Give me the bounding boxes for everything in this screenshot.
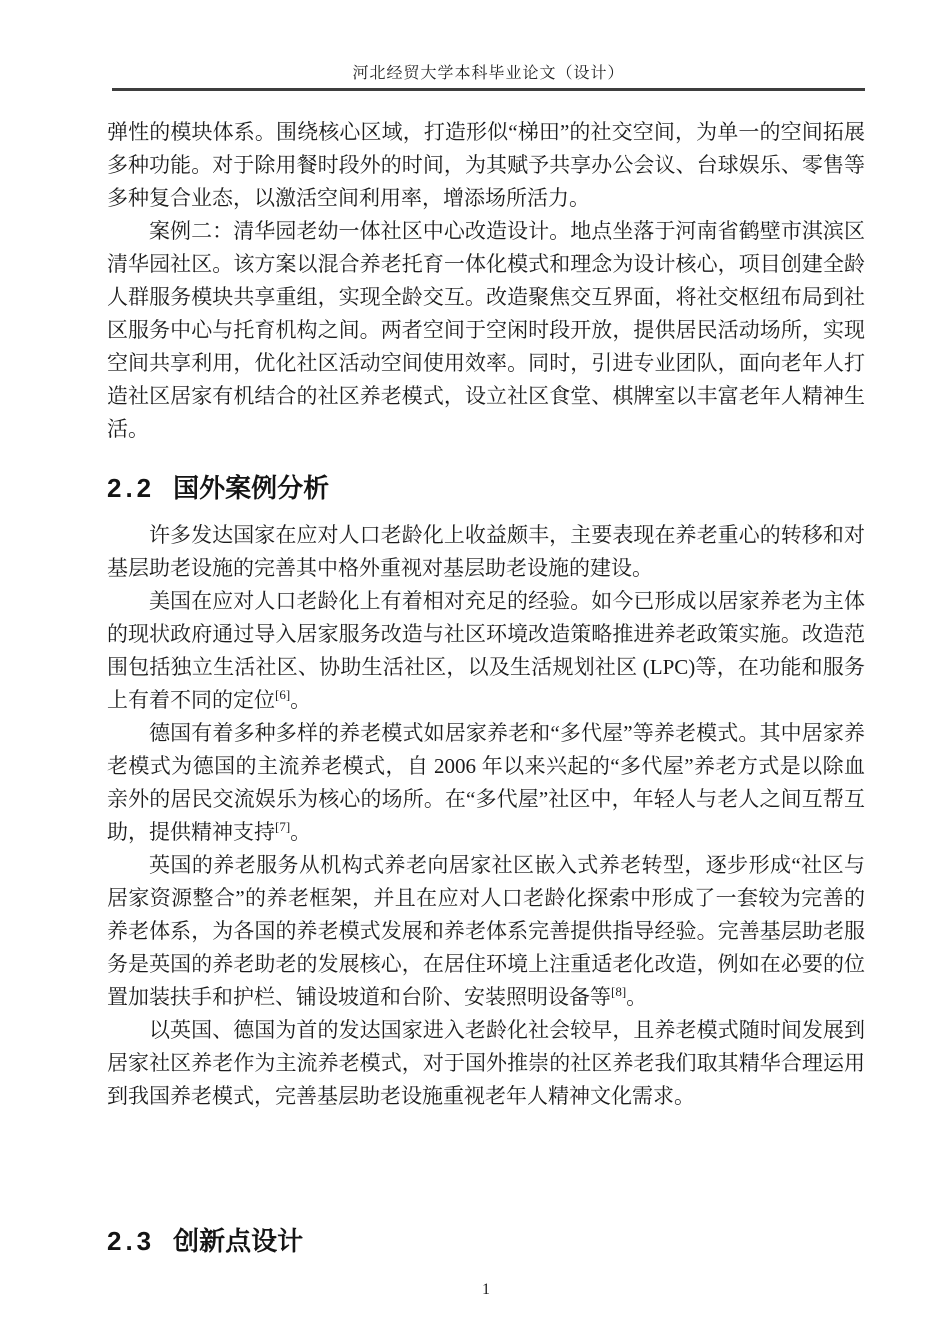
section-title: 创新点设计: [173, 1226, 303, 1256]
citation-8: [8]: [611, 984, 626, 999]
section-heading-2-2: 2.2国外案例分析: [107, 472, 865, 504]
thesis-page: 河北经贸大学本科毕业论文（设计） 弹性的模块体系。围绕核心区域，打造形似“梯田”…: [0, 0, 950, 1344]
paragraph-usa-text: 美国在应对人口老龄化上有着相对充足的经验。如今已形成以居家养老为主体的现状政府通…: [107, 589, 865, 712]
paragraph-germany-text: 德国有着多种多样的养老模式如居家养老和“多代屋”等养老模式。其中居家养老模式为德…: [107, 721, 865, 844]
paragraph-usa-tail: 。: [290, 688, 311, 712]
paragraph-usa: 美国在应对人口老龄化上有着相对充足的经验。如今已形成以居家养老为主体的现状政府通…: [107, 585, 865, 717]
document-body: 弹性的模块体系。围绕核心区域，打造形似“梯田”的社交空间，为单一的空间拓展多种功…: [107, 116, 865, 1257]
running-header: 河北经贸大学本科毕业论文（设计）: [112, 64, 865, 91]
section-number: 2.3: [107, 1226, 155, 1256]
paragraph-germany-tail: 。: [290, 820, 311, 844]
paragraph-summary: 以英国、德国为首的发达国家进入老龄化社会较早，且养老模式随时间发展到居家社区养老…: [107, 1014, 865, 1113]
paragraph-case-two: 案例二：清华园老幼一体社区中心改造设计。地点坐落于河南省鹤壁市淇滨区清华园社区。…: [107, 215, 865, 446]
paragraph-uk-tail: 。: [626, 985, 647, 1009]
section-heading-2-3: 2.3创新点设计: [107, 1225, 865, 1257]
section-title: 国外案例分析: [173, 473, 329, 503]
page-number: 1: [107, 1281, 865, 1299]
paragraph-module-system: 弹性的模块体系。围绕核心区域，打造形似“梯田”的社交空间，为单一的空间拓展多种功…: [107, 116, 865, 215]
section-number: 2.2: [107, 473, 155, 503]
citation-7: [7]: [275, 819, 290, 834]
running-header-title: 河北经贸大学本科毕业论文（设计）: [112, 64, 865, 84]
paragraph-germany: 德国有着多种多样的养老模式如居家养老和“多代屋”等养老模式。其中居家养老模式为德…: [107, 717, 865, 849]
paragraph-developed-countries: 许多发达国家在应对人口老龄化上收益颇丰，主要表现在养老重心的转移和对基层助老设施…: [107, 519, 865, 585]
paragraph-uk: 英国的养老服务从机构式养老向居家社区嵌入式养老转型，逐步形成“社区与居家资源整合…: [107, 849, 865, 1014]
paragraph-uk-text: 英国的养老服务从机构式养老向居家社区嵌入式养老转型，逐步形成“社区与居家资源整合…: [107, 853, 865, 1009]
page-footer: 1: [107, 1281, 865, 1299]
citation-6: [6]: [275, 687, 290, 702]
